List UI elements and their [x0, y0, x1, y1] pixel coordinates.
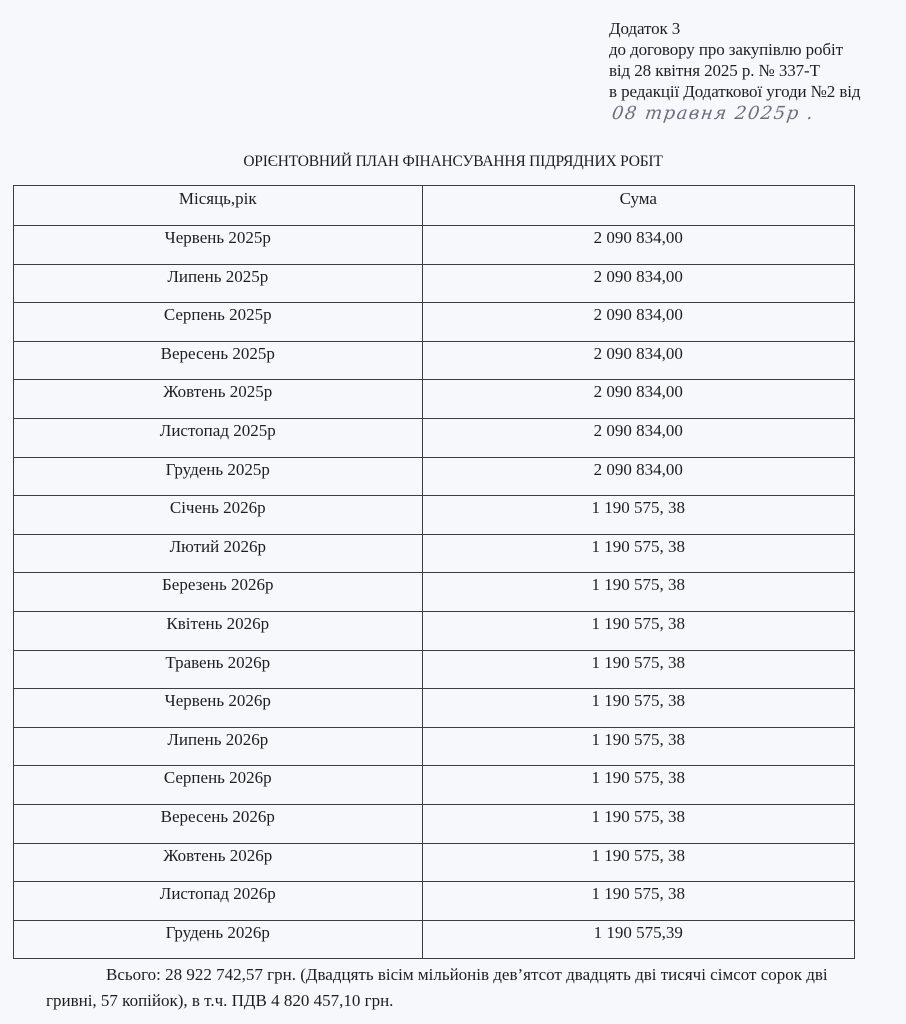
month-cell: Квітень 2026р: [14, 611, 423, 650]
table-row: Листопад 2025р2 090 834,00: [14, 418, 855, 457]
amount-cell: 1 190 575, 38: [422, 573, 854, 612]
table-row: Травень 2026р1 190 575, 38: [14, 650, 855, 689]
table-row: Серпень 2025р2 090 834,00: [14, 303, 855, 342]
month-cell: Вересень 2026р: [14, 804, 423, 843]
table-row: Жовтень 2025р2 090 834,00: [14, 380, 855, 419]
financing-plan-table: Місяць,рік Сума Червень 2025р2 090 834,0…: [13, 185, 855, 959]
month-cell: Жовтень 2026р: [14, 843, 423, 882]
month-cell: Травень 2026р: [14, 650, 423, 689]
amount-cell: 2 090 834,00: [422, 418, 854, 457]
table-row: Грудень 2026р1 190 575,39: [14, 920, 855, 959]
document-title: ОРІЄНТОВНИЙ ПЛАН ФІНАНСУВАННЯ ПІДРЯДНИХ …: [0, 153, 906, 171]
annex-line: в редакції Додаткової угоди №2 від: [609, 81, 860, 102]
month-cell: Липень 2025р: [14, 264, 423, 303]
table-row: Грудень 2025р2 090 834,00: [14, 457, 855, 496]
table-header-row: Місяць,рік Сума: [14, 186, 855, 226]
handwritten-date: 08 травня 2025р .: [611, 103, 816, 124]
amount-cell: 1 190 575, 38: [422, 611, 854, 650]
column-header-amount: Сума: [422, 186, 854, 226]
table-row: Квітень 2026р1 190 575, 38: [14, 611, 855, 650]
table-row: Червень 2026р1 190 575, 38: [14, 689, 855, 728]
month-cell: Червень 2026р: [14, 689, 423, 728]
amount-cell: 1 190 575, 38: [422, 534, 854, 573]
annex-line: від 28 квітня 2025 р. № 337-Т: [609, 60, 860, 81]
month-cell: Липень 2026р: [14, 727, 423, 766]
table-row: Червень 2025р2 090 834,00: [14, 226, 855, 265]
amount-cell: 1 190 575, 38: [422, 882, 854, 921]
annex-line: Додаток 3: [609, 18, 860, 39]
table-row: Вересень 2025р2 090 834,00: [14, 341, 855, 380]
amount-cell: 1 190 575, 38: [422, 843, 854, 882]
month-cell: Жовтень 2025р: [14, 380, 423, 419]
table-body: Червень 2025р2 090 834,00Липень 2025р2 0…: [14, 226, 855, 959]
table-row: Липень 2025р2 090 834,00: [14, 264, 855, 303]
amount-cell: 1 190 575, 38: [422, 804, 854, 843]
amount-cell: 2 090 834,00: [422, 264, 854, 303]
table-row: Листопад 2026р1 190 575, 38: [14, 882, 855, 921]
month-cell: Серпень 2026р: [14, 766, 423, 805]
table-row: Липень 2026р1 190 575, 38: [14, 727, 855, 766]
annex-line: до договору про закупівлю робіт: [609, 39, 860, 60]
amount-cell: 2 090 834,00: [422, 303, 854, 342]
month-cell: Серпень 2025р: [14, 303, 423, 342]
amount-cell: 2 090 834,00: [422, 226, 854, 265]
total-summary: Всього: 28 922 742,57 грн. (Двадцять віс…: [46, 962, 866, 1014]
amount-cell: 1 190 575, 38: [422, 689, 854, 728]
month-cell: Лютий 2026р: [14, 534, 423, 573]
month-cell: Листопад 2025р: [14, 418, 423, 457]
month-cell: Березень 2026р: [14, 573, 423, 612]
amount-cell: 1 190 575, 38: [422, 727, 854, 766]
month-cell: Грудень 2025р: [14, 457, 423, 496]
amount-cell: 2 090 834,00: [422, 457, 854, 496]
amount-cell: 1 190 575, 38: [422, 650, 854, 689]
month-cell: Червень 2025р: [14, 226, 423, 265]
table-row: Лютий 2026р1 190 575, 38: [14, 534, 855, 573]
table-row: Березень 2026р1 190 575, 38: [14, 573, 855, 612]
table-row: Вересень 2026р1 190 575, 38: [14, 804, 855, 843]
month-cell: Грудень 2026р: [14, 920, 423, 959]
amount-cell: 2 090 834,00: [422, 380, 854, 419]
amount-cell: 1 190 575, 38: [422, 496, 854, 535]
month-cell: Січень 2026р: [14, 496, 423, 535]
month-cell: Вересень 2025р: [14, 341, 423, 380]
month-cell: Листопад 2026р: [14, 882, 423, 921]
amount-cell: 1 190 575,39: [422, 920, 854, 959]
table-row: Серпень 2026р1 190 575, 38: [14, 766, 855, 805]
table-row: Січень 2026р1 190 575, 38: [14, 496, 855, 535]
table-row: Жовтень 2026р1 190 575, 38: [14, 843, 855, 882]
amount-cell: 2 090 834,00: [422, 341, 854, 380]
annex-header: Додаток 3 до договору про закупівлю робі…: [609, 18, 860, 102]
column-header-month: Місяць,рік: [14, 186, 423, 226]
amount-cell: 1 190 575, 38: [422, 766, 854, 805]
